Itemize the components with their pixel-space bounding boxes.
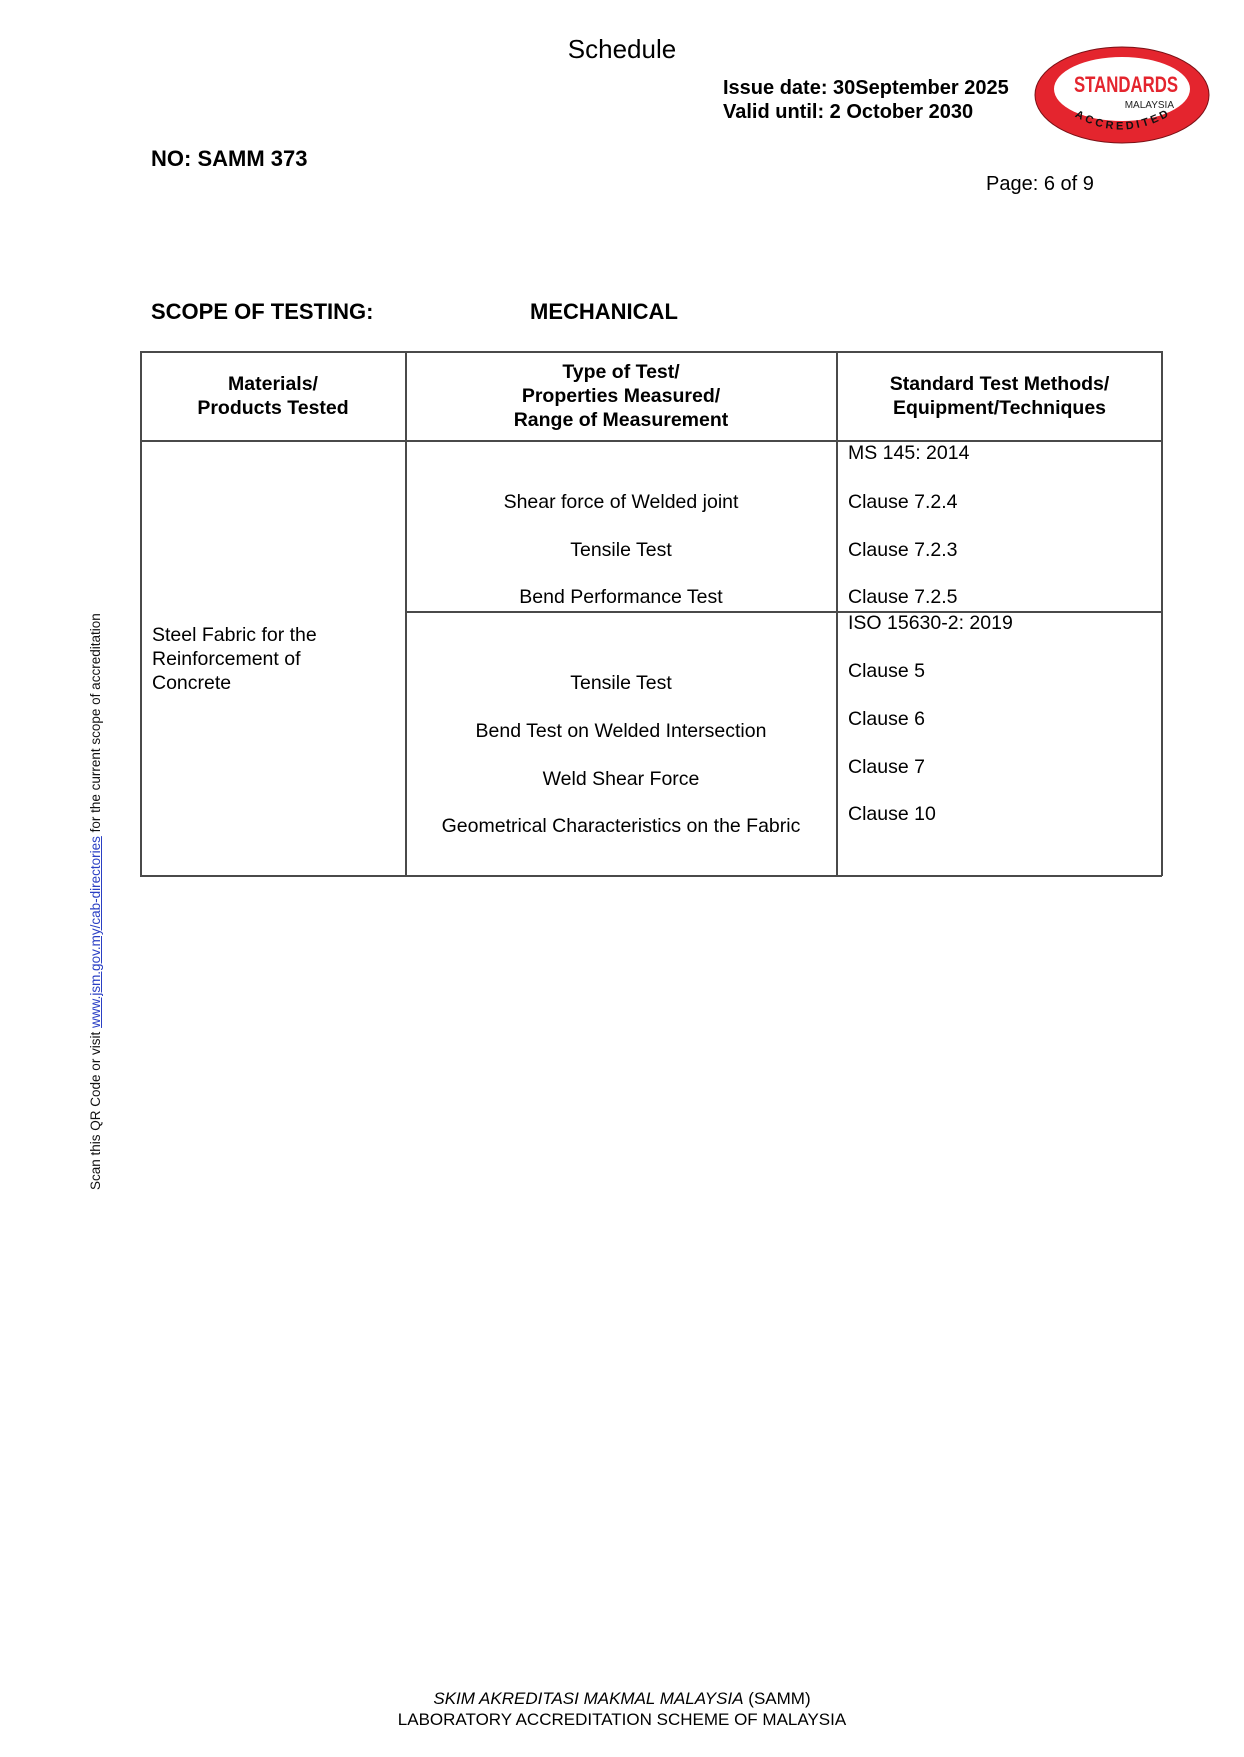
footer-line-2: LABORATORY ACCREDITATION SCHEME OF MALAY… (0, 1709, 1244, 1730)
test-row: Bend Performance Test (406, 585, 836, 609)
footer-scheme-name-malay: SKIM AKREDITASI MAKMAL MALAYSIA (433, 1689, 743, 1708)
header-standard-methods: Standard Test Methods/ Equipment/Techniq… (837, 372, 1162, 420)
header-text: Standard Test Methods/ (837, 372, 1162, 396)
clause-cell: Clause 7 (848, 755, 925, 779)
header-text: Properties Measured/ (406, 384, 836, 408)
footer-scheme-abbrev: (SAMM) (744, 1689, 811, 1708)
test-row: Shear force of Welded joint (406, 490, 836, 514)
scope-verification-note: Scan this QR Code or visit www.jsm.gov.m… (88, 613, 103, 1190)
table-border-left (140, 351, 142, 876)
clause-cell: Clause 6 (848, 707, 925, 731)
test-row: Bend Test on Welded Intersection (406, 719, 836, 743)
note-prefix: Scan this QR Code or visit (88, 1028, 103, 1190)
header-materials: Materials/ Products Tested (140, 372, 406, 420)
material-text: Steel Fabric for the (152, 623, 317, 647)
clause-cell: Clause 7.2.5 (848, 585, 958, 609)
material-text: Concrete (152, 671, 317, 695)
header-text: Type of Test/ (406, 360, 836, 384)
header-text: Equipment/Techniques (837, 396, 1162, 420)
standard-iso15630: ISO 15630-2: 2019 (848, 611, 1013, 635)
table-border-bottom (140, 875, 1162, 877)
footer-line-1: SKIM AKREDITASI MAKMAL MALAYSIA (SAMM) (0, 1688, 1244, 1709)
clause-cell: Clause 10 (848, 802, 936, 826)
clause-cell: Clause 5 (848, 659, 925, 683)
page-indicator: Page: 6 of 9 (986, 173, 1094, 196)
issue-validity-block: Issue date: 30September 2025 Valid until… (723, 76, 1009, 124)
header-type-of-test: Type of Test/ Properties Measured/ Range… (406, 360, 836, 432)
group-divider (405, 611, 1162, 613)
clause-cell: Clause 7.2.4 (848, 490, 958, 514)
valid-until: Valid until: 2 October 2030 (723, 100, 1009, 124)
certificate-number: NO: SAMM 373 (151, 146, 307, 172)
note-suffix: for the current scope of accreditation (88, 613, 103, 836)
standard-ms145: MS 145: 2014 (848, 441, 969, 465)
header-text: Materials/ (140, 372, 406, 396)
test-row: Geometrical Characteristics on the Fabri… (406, 814, 836, 838)
header-divider (140, 440, 1162, 442)
test-row: Weld Shear Force (406, 767, 836, 791)
scope-value: MECHANICAL (530, 299, 678, 325)
logo-top-text: STANDARDS (1074, 72, 1178, 97)
standards-malaysia-accredited-logo-icon: STANDARDS MALAYSIA ACCREDITED (1032, 44, 1212, 146)
scope-table: Materials/ Products Tested Type of Test/… (140, 351, 1162, 876)
header-text: Products Tested (140, 396, 406, 420)
table-border-top (140, 351, 1162, 353)
test-row: Tensile Test (406, 538, 836, 562)
table-border-right (1161, 351, 1163, 876)
header-text: Range of Measurement (406, 408, 836, 432)
material-text: Reinforcement of (152, 647, 317, 671)
material-cell: Steel Fabric for the Reinforcement of Co… (152, 623, 317, 695)
column-divider-2 (836, 351, 838, 876)
issue-date: Issue date: 30September 2025 (723, 76, 1009, 100)
test-row: Tensile Test (406, 671, 836, 695)
scope-label: SCOPE OF TESTING: (151, 299, 373, 325)
cab-directories-link[interactable]: www.jsm.gov.my/cab-directories (88, 836, 103, 1028)
footer: SKIM AKREDITASI MAKMAL MALAYSIA (SAMM) L… (0, 1688, 1244, 1730)
clause-cell: Clause 7.2.3 (848, 538, 958, 562)
